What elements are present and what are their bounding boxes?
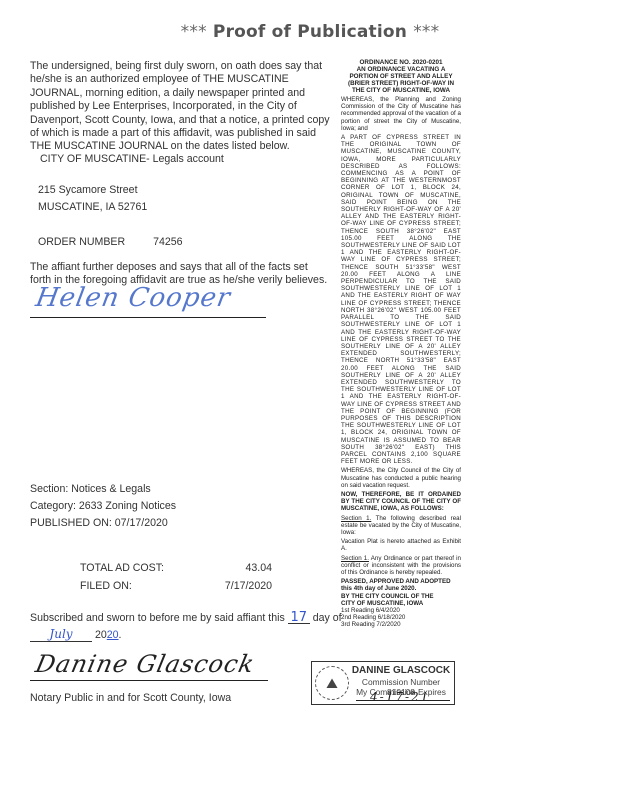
notice-passed-block: PASSED, APPROVED AND ADOPTED this 4th da… [341,578,461,628]
order-number-label: ORDER NUMBER [38,236,125,248]
publication-category: Category: 2633 Zoning Notices [30,500,330,513]
notice-now-therefore: NOW, THEREFORE, BE IT ORDAINED BY THE CI… [341,491,461,513]
affiant-signature-line [30,317,266,318]
notary-stamp: ⛰ DANINE GLASCOCK Commission Number 8101… [311,661,455,705]
total-ad-cost-label: TOTAL AD COST: [80,562,164,574]
notice-council-line-2: CITY OF MUSCATINE, IOWA [341,600,461,607]
notice-section-2: Section 1. Any Ordinance or part thereof… [341,555,461,577]
sworn-day: 17 [288,612,310,624]
title-text: Proof of Publication [213,22,407,42]
legal-notice-clipping: ORDINANCE NO. 2020-0201 AN ORDINANCE VAC… [341,59,461,629]
publication-section: Section: Notices & Legals [30,483,330,496]
notice-reading: 2nd Reading 6/18/2020 [341,614,461,621]
notice-heading-line: PORTION OF STREET AND ALLEY [349,73,452,80]
order-number-value: 74256 [153,236,182,248]
page-title: *** Proof of Publication *** [0,22,620,42]
sworn-statement: Subscribed and sworn to before me by sai… [30,612,342,624]
sworn-year-prefix: 20 [95,629,107,641]
title-decoration-right: *** [413,22,439,42]
stamp-expires-line [356,700,450,701]
notary-signature: Danine Glascock [33,650,257,678]
notice-whereas-2: WHEREAS, the City Council of the City of… [341,467,461,489]
notice-legal-description: A PART OF CYPRESS STREET IN THE ORIGINAL… [341,134,461,465]
notice-whereas-1: WHEREAS, the Planning and Zoning Commiss… [341,96,461,132]
affiant-signature: Helen Cooper [33,283,233,313]
notice-passed: PASSED, APPROVED AND ADOPTED this 4th da… [341,578,461,592]
notice-heading-line: THE CITY OF MUSCATINE, IOWA [352,87,450,94]
sworn-date-row: July 2020. [30,627,122,642]
sworn-suffix: day of [313,612,342,624]
notice-reading: 1st Reading 6/4/2020 [341,607,461,614]
notice-council-line-1: BY THE CITY COUNCIL OF THE [341,593,461,600]
order-number-row: ORDER NUMBER74256 [38,236,338,249]
section-2-label: Section 1. [341,555,369,562]
notice-section-1: Section 1. The following described real … [341,515,461,537]
notice-heading-line: ORDINANCE NO. 2020-0201 [360,59,443,66]
sworn-prefix: Subscribed and sworn to before me by sai… [30,612,285,624]
filed-on-value: 7/17/2020 [220,580,272,592]
notice-reading: 3rd Reading 7/2/2020 [341,621,461,628]
total-ad-cost-value: 43.04 [232,562,272,574]
notice-vacation-plat: Vacation Plat is hereto attached as Exhi… [341,538,461,552]
notice-heading-line: AN ORDINANCE VACATING A [357,66,446,73]
stamp-notary-name: DANINE GLASCOCK [350,665,452,676]
section-1-label: Section 1. [341,515,371,522]
address-line-2: MUSCATINE, IA 52761 [38,201,338,214]
notice-heading-line: (BRIER STREET) RIGHT-OF-WAY IN [348,80,454,87]
notarial-seal-icon: ⛰ [315,666,349,700]
affidavit-intro: The undersigned, being first duly sworn,… [30,60,330,154]
sworn-year-suffix: 20 [107,629,119,641]
published-on: PUBLISHED ON: 07/17/2020 [30,517,330,530]
title-decoration-left: *** [181,22,207,42]
address-line-1: 215 Sycamore Street [38,184,338,197]
notice-heading: ORDINANCE NO. 2020-0201 AN ORDINANCE VAC… [341,59,461,94]
account-name: CITY OF MUSCATINE- Legals account [40,153,340,166]
notary-caption: Notary Public in and for Scott County, I… [30,692,231,704]
filed-on-label: FILED ON: [80,580,132,592]
notary-signature-line [30,680,268,681]
stamp-expires-date: 4-17-21 [370,690,430,704]
sworn-month: July [30,627,92,642]
